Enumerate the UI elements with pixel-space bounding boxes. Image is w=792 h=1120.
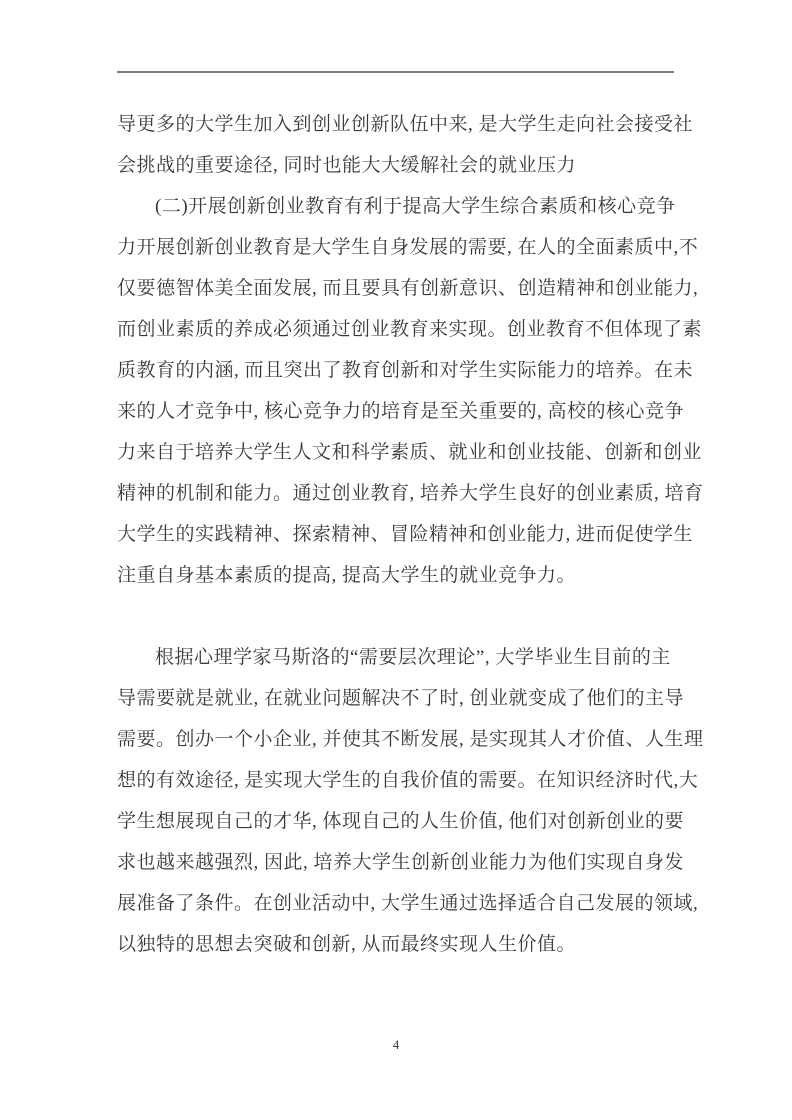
text-line: 力来自于培养大学生人文和科学素质、就业和创业技能、创新和创业 xyxy=(117,432,677,473)
text-line: 力开展创新创业教育是大学生自身发展的需要, 在人的全面素质中,不 xyxy=(117,227,677,268)
page-number: 4 xyxy=(0,1037,792,1053)
text-line: 以独特的思想去突破和创新, 从而最终实现人生价值。 xyxy=(117,924,677,965)
text-line: 求也越来越强烈, 因此, 培养大学生创新创业能力为他们实现自身发 xyxy=(117,842,677,883)
text-line: 需要。创办一个小企业, 并使其不断发展, 是实现其人才价值、人生理 xyxy=(117,719,677,760)
text-line: 学生想展现自己的才华, 体现自己的人生价值, 他们对创新创业的要 xyxy=(117,801,677,842)
header-rule xyxy=(117,71,674,73)
text-line: 质教育的内涵, 而且突出了教育创新和对学生实际能力的培养。在未 xyxy=(117,350,677,391)
text-line: 会挑战的重要途径, 同时也能大大缓解社会的就业压力 xyxy=(117,145,677,186)
text-line: 而创业素质的养成必须通过创业教育来实现。创业教育不但体现了素 xyxy=(117,309,677,350)
text-line: 来的人才竞争中, 核心竞争力的培育是至关重要的, 高校的核心竞争 xyxy=(117,391,677,432)
text-line: 仅要德智体美全面发展, 而且要具有创新意识、创造精神和创业能力, xyxy=(117,268,677,309)
text-line: 精神的机制和能力。通过创业教育, 培养大学生良好的创业素质, 培育 xyxy=(117,473,677,514)
text-line: 根据心理学家马斯洛的“需要层次理论”, 大学毕业生目前的主 xyxy=(117,637,677,678)
text-line: 注重自身基本素质的提高, 提高大学生的就业竞争力。 xyxy=(117,555,677,596)
text-line: (二)开展创新创业教育有利于提高大学生综合素质和核心竞争 xyxy=(117,186,677,227)
document-body: 导更多的大学生加入到创业创新队伍中来, 是大学生走向社会接受社 会挑战的重要途径… xyxy=(117,104,677,965)
blank-line xyxy=(117,596,677,637)
text-line: 大学生的实践精神、探索精神、冒险精神和创业能力, 进而促使学生 xyxy=(117,514,677,555)
text-line: 导需要就是就业, 在就业问题解决不了时, 创业就变成了他们的主导 xyxy=(117,678,677,719)
document-page: 导更多的大学生加入到创业创新队伍中来, 是大学生走向社会接受社 会挑战的重要途径… xyxy=(0,0,792,1120)
text-line: 导更多的大学生加入到创业创新队伍中来, 是大学生走向社会接受社 xyxy=(117,104,677,145)
text-line: 想的有效途径, 是实现大学生的自我价值的需要。在知识经济时代,大 xyxy=(117,760,677,801)
text-line: 展准备了条件。在创业活动中, 大学生通过选择适合自己发展的领域, xyxy=(117,883,677,924)
